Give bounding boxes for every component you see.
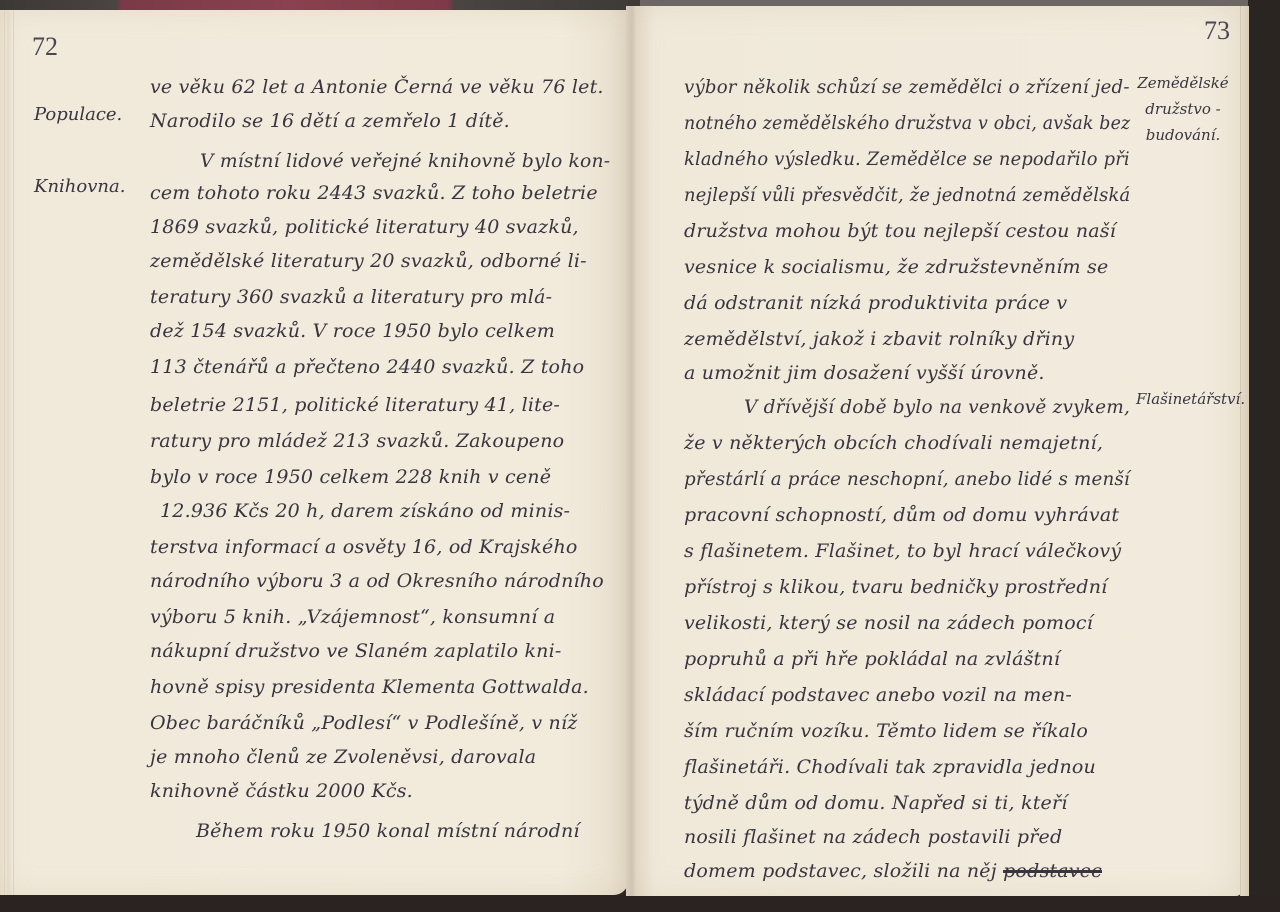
- text-line-last: domem podstavec, složili na něj podstave…: [684, 860, 1102, 882]
- text-line: výboru 5 knih. „Vzájemnost“, konsumní a: [150, 606, 555, 628]
- text-line: kladného výsledku. Zemědělce se nepodaři…: [684, 148, 1130, 170]
- text-line: V místní lidové veřejné knihovně bylo ko…: [200, 150, 610, 172]
- text-line: nákupní družstvo ve Slaném zaplatilo kni…: [150, 640, 562, 662]
- text-line: velikosti, který se nosil na zádech pomo…: [684, 612, 1093, 634]
- text-line: 113 čtenářů a přečteno 2440 svazků. Z to…: [150, 356, 584, 378]
- text-line: skládací podstavec anebo vozil na men-: [684, 684, 1072, 706]
- book-bottom-shadow: [0, 895, 1280, 912]
- text-line: vesnice k socialismu, že združstevněním …: [684, 256, 1108, 278]
- text-line: že v některých obcích chodívali nemajetn…: [684, 432, 1103, 454]
- book-cover-right-edge: [1248, 0, 1280, 912]
- text-line: terstva informací a osvěty 16, od Krajsk…: [150, 536, 578, 558]
- text-line: ším ručním vozíku. Těmto lidem se říkalo: [684, 720, 1088, 742]
- text-line: cem tohoto roku 2443 svazků. Z toho bele…: [150, 182, 598, 204]
- text-line: hovně spisy presidenta Klementa Gottwald…: [150, 676, 589, 698]
- text-line: Během roku 1950 konal místní národní: [196, 820, 580, 842]
- book-cover-top-band: [0, 0, 640, 10]
- struck-through-word: podstavec: [1003, 860, 1102, 882]
- text-line: beletrie 2151, politické literatury 41, …: [150, 394, 560, 416]
- text-line: popruhů a při hře pokládal na zvláštní: [684, 648, 1060, 670]
- text-line: Obec baráčníků „Podlesí“ v Podlešíně, v …: [150, 712, 577, 734]
- text-line: 1869 svazků, politické literatury 40 sva…: [150, 216, 579, 238]
- text-fragment: domem podstavec, složili na něj: [684, 860, 997, 882]
- text-line: 12.936 Kčs 20 h, darem získáno od minis-: [160, 500, 570, 522]
- text-line: národního výboru 3 a od Okresního národn…: [150, 570, 604, 592]
- text-line: dá odstranit nízká produktivita práce v: [684, 292, 1067, 314]
- text-line: nejlepší vůli přesvědčit, že jednotná ze…: [684, 184, 1130, 206]
- text-line: V dřívější době bylo na venkově zvykem,: [744, 396, 1130, 418]
- text-line: týdně dům od domu. Napřed si ti, kteří: [684, 792, 1068, 814]
- margin-note-zemedelske-druzstvo: Zemědělské družstvo - budování.: [1128, 70, 1238, 148]
- page-number-right: 73: [1204, 16, 1230, 46]
- text-line: bylo v roce 1950 celkem 228 knih v ceně: [150, 466, 551, 488]
- text-line: s flašinetem. Flašinet, to byl hrací vál…: [684, 540, 1121, 562]
- text-line: zemědělské literatury 20 svazků, odborné…: [150, 250, 587, 272]
- text-line: přístroj s klikou, tvaru bedničky prostř…: [684, 576, 1107, 598]
- text-line: knihovně částku 2000 Kčs.: [150, 780, 413, 802]
- margin-note-knihovna: Knihovna.: [34, 176, 125, 197]
- text-line: ve věku 62 let a Antonie Černá ve věku 7…: [150, 76, 604, 98]
- text-line: dež 154 svazků. V roce 1950 bylo celkem: [150, 320, 555, 342]
- text-line: je mnoho členů ze Zvoleněvsi, darovala: [150, 746, 536, 768]
- text-line: ratury pro mládež 213 svazků. Zakoupeno: [150, 430, 564, 452]
- margin-note-populace: Populace.: [34, 104, 122, 125]
- text-line: notného zemědělského družstva v obci, av…: [684, 112, 1130, 134]
- page-stack-edge-right: [1240, 6, 1249, 896]
- page-number-left: 72: [32, 32, 58, 62]
- page-stack-edge: [4, 10, 14, 895]
- text-line: flašinetáři. Chodívali tak zpravidla jed…: [684, 756, 1096, 778]
- text-line: přestárlí a práce neschopní, anebo lidé …: [684, 468, 1130, 490]
- margin-note-flasinetarstvi: Flašinetářství.: [1136, 390, 1245, 408]
- text-line: zemědělství, jakož i zbavit rolníky dřin…: [684, 328, 1074, 350]
- text-line: družstva mohou být tou nejlepší cestou n…: [684, 220, 1116, 242]
- text-line: nosili flašinet na zádech postavili před: [684, 826, 1062, 848]
- text-line: teratury 360 svazků a literatury pro mlá…: [150, 286, 552, 308]
- text-line: pracovní schopností, dům od domu vyhráva…: [684, 504, 1119, 526]
- text-line: výbor několik schůzí se zemědělci o zříz…: [684, 76, 1130, 98]
- text-line: Narodilo se 16 dětí a zemřelo 1 dítě.: [150, 110, 510, 132]
- text-line: a umožnit jim dosažení vyšší úrovně.: [684, 362, 1045, 384]
